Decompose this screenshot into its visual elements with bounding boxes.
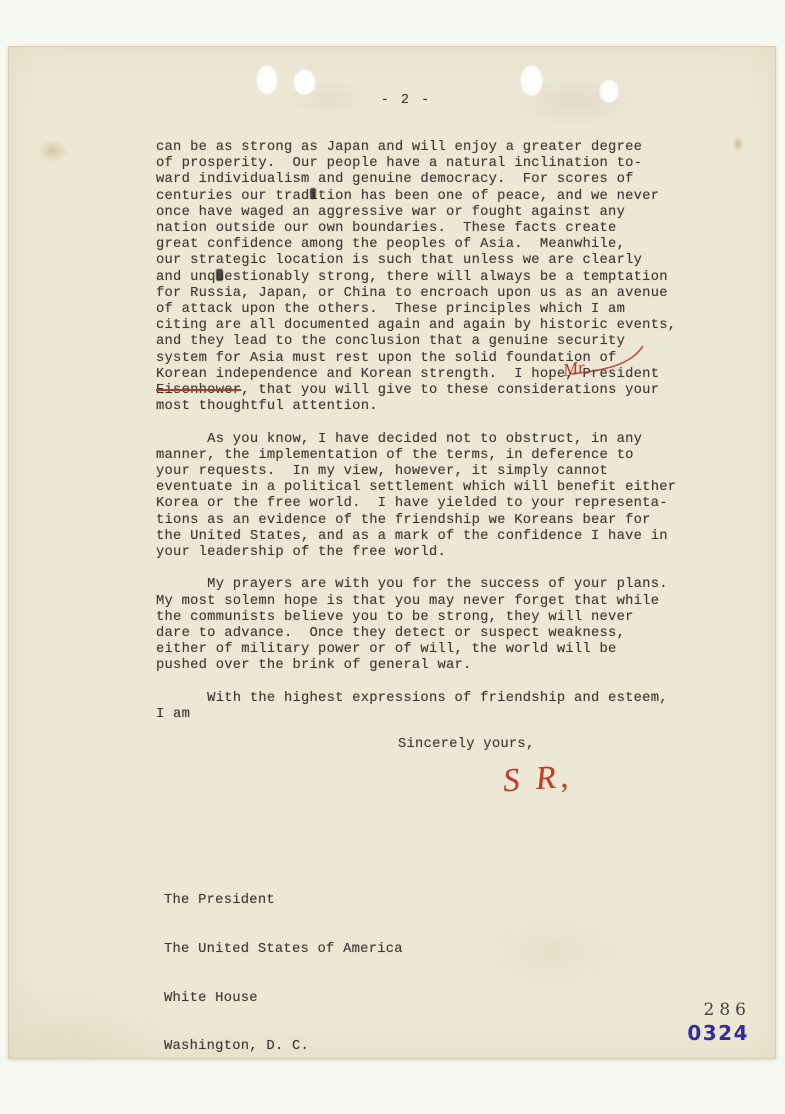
scanned-document: - 2 - can be as strong as Japan and will…	[0, 0, 785, 1114]
punch-hole-1	[256, 64, 278, 94]
letter-body: can be as strong as Japan and will enjoy…	[156, 140, 696, 739]
page-number: - 2 -	[356, 93, 456, 108]
address-line-city: Washington, D. C.	[164, 1039, 403, 1055]
handwritten-insertion: Mr	[527, 341, 667, 385]
paragraph-3: My prayers are with you for the success …	[156, 577, 696, 674]
address-line-building: White House	[164, 991, 403, 1007]
archive-stamp-blue: 0324	[677, 1021, 749, 1045]
punch-hole-3	[520, 64, 543, 96]
paragraph-4: With the highest expressions of friendsh…	[156, 691, 696, 723]
address-line-country: The United States of America	[164, 942, 403, 958]
handwritten-signature: S R,	[502, 759, 574, 801]
paper-sheet: - 2 - can be as strong as Japan and will…	[8, 46, 776, 1059]
address-block: The President The United States of Ameri…	[164, 861, 403, 1088]
insertion-text: Mr	[560, 357, 587, 381]
closing-line: Sincerely yours,	[398, 737, 534, 752]
page-stamp-black: 286	[695, 1000, 751, 1020]
paragraph-2: As you know, I have decided not to obstr…	[156, 432, 696, 562]
typewriter-overstrike-mark	[310, 188, 316, 199]
punch-hole-2	[293, 68, 316, 95]
typewriter-overstrike-mark	[216, 269, 223, 281]
struck-word-eisenhower: Eisenhower	[156, 383, 241, 398]
punch-hole-4	[599, 78, 619, 103]
address-line-recipient: The President	[164, 893, 403, 909]
